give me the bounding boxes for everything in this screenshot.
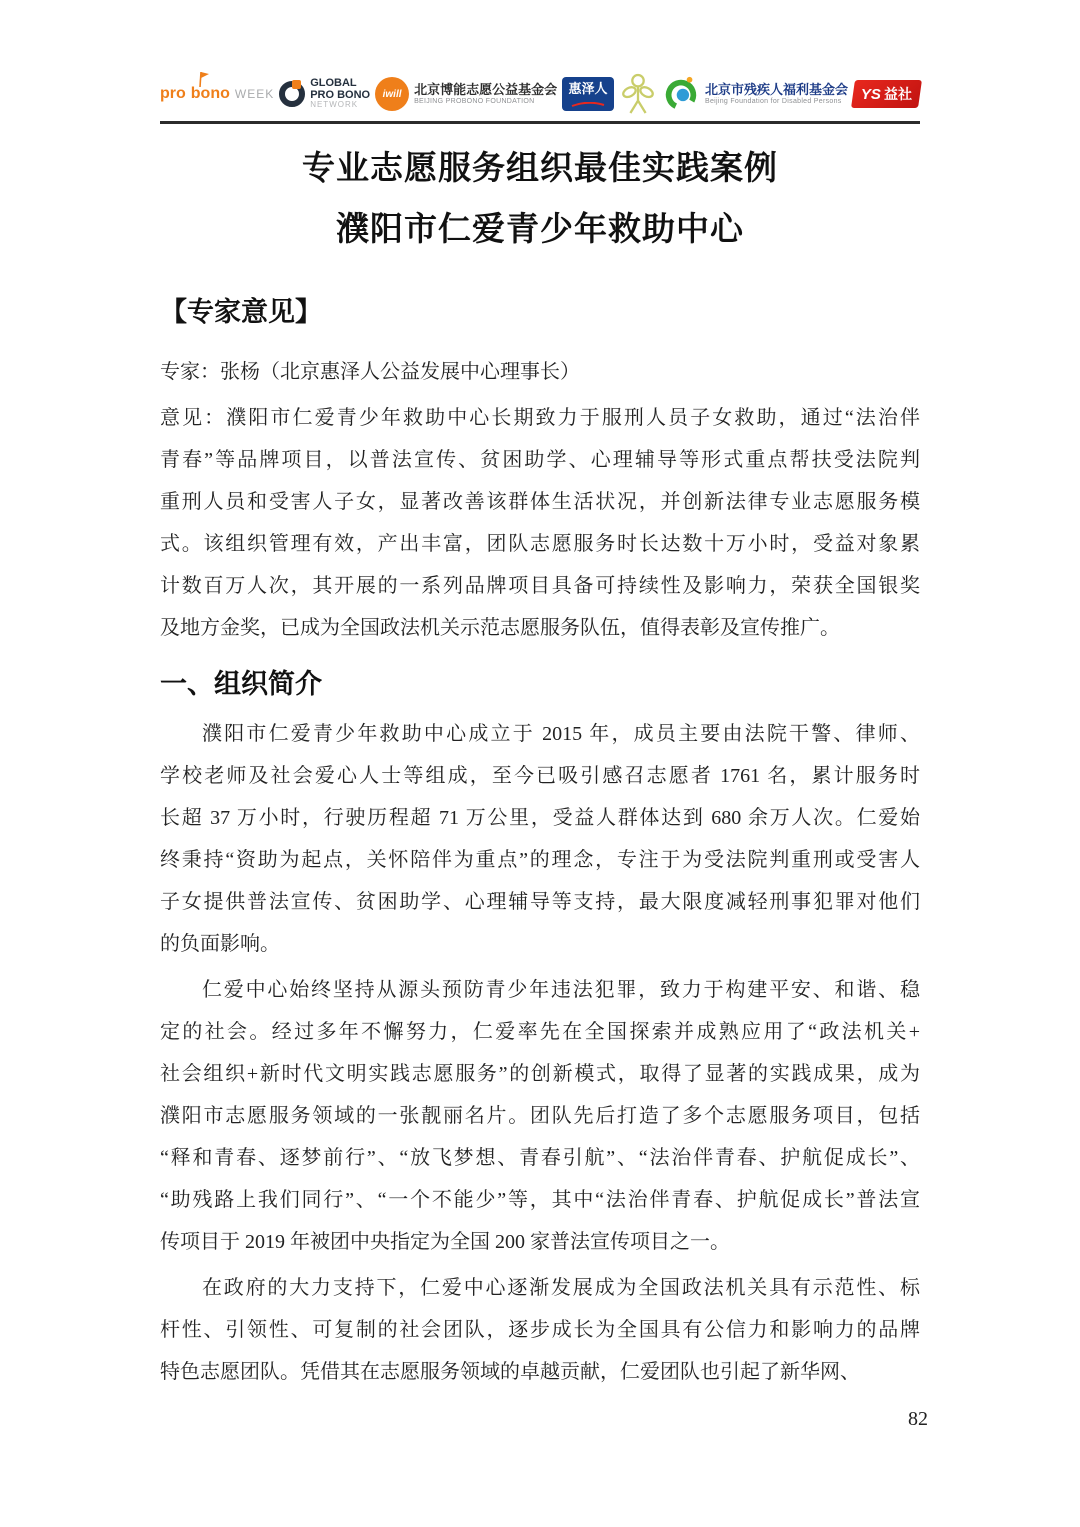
- logo-huizeren: 惠泽人: [562, 77, 614, 111]
- probono-week-pro: pro: [160, 85, 186, 103]
- intro-paragraph-3: 在政府的大力支持下，仁爱中心逐渐发展成为全国政法机关具有示范性、标杆性、引领性、…: [160, 1267, 920, 1393]
- text-line: 传项目于 2019 年被团中央指定为全国 200 家普法宣传项目之一。: [160, 1221, 920, 1263]
- expert-opinion-heading: 【专家意见】: [160, 293, 920, 331]
- disabled-foundation-en: Beijing Foundation for Disabled Persons: [705, 98, 848, 106]
- text-line: 的负面影响。: [160, 923, 920, 965]
- logo-yishe: YS 益社: [853, 80, 920, 108]
- text-line: 式。该组织管理有效，产出丰富，团队志愿服务时长达数十万小时，受益对象累: [160, 523, 920, 565]
- yishe-cn-text: 益社: [884, 84, 912, 104]
- text-line: 终秉持“资助为起点，关怀陪伴为重点”的理念，专注于为受法院判重刑或受害人: [160, 839, 920, 881]
- expert-opinion-paragraph: 意见：濮阳市仁爱青少年救助中心长期致力于服刑人员子女救助，通过“法治伴青春”等品…: [160, 397, 920, 649]
- doc-subtitle: 濮阳市仁爱青少年救助中心: [160, 207, 920, 251]
- logo-bar: probono WEEK GLOBAL PRO BONO NETWORK iwi…: [160, 70, 920, 118]
- document-page: probono WEEK GLOBAL PRO BONO NETWORK iwi…: [0, 0, 1080, 1527]
- text-line: 计数百万人次，其开展的一系列品牌项目具备可持续性及影响力，荣获全国银奖: [160, 565, 920, 607]
- text-line: “释和青春、逐梦前行”、“放飞梦想、青春引航”、“法治伴青春、护航促成长”、: [160, 1137, 920, 1179]
- text-line: 学校老师及社会爱心人士等组成，至今已吸引感召志愿者 1761 名，累计服务时: [160, 755, 920, 797]
- header-divider: [160, 121, 920, 124]
- page-number: 82: [908, 1408, 928, 1431]
- iwill-foundation-cn: 北京博能志愿公益基金会: [414, 82, 557, 98]
- text-line: 濮阳市仁爱青少年救助中心成立于 2015 年，成员主要由法院干警、律师、: [160, 713, 920, 755]
- text-line: 重刑人员和受害人子女，显著改善该群体生活状况，并创新法律专业志愿服务模: [160, 481, 920, 523]
- expert-name-line: 专家：张杨（北京惠泽人公益发展中心理事长）: [160, 351, 920, 393]
- flag-icon: [196, 71, 210, 92]
- text-line: 长超 37 万小时，行驶历程超 71 万公里，受益人群体达到 680 余万人次。…: [160, 797, 920, 839]
- iwill-foundation-en: BEIJING PROBONO FOUNDATION: [414, 98, 557, 106]
- text-line: 社会组织+新时代文明实践志愿服务”的创新模式，取得了显著的实践成果，成为: [160, 1053, 920, 1095]
- logo-global-pro-bono: GLOBAL PRO BONO NETWORK: [279, 78, 370, 109]
- global-probono-line3: NETWORK: [310, 101, 370, 109]
- intro-paragraph-2: 仁爱中心始终坚持从源头预防青少年违法犯罪，致力于构建平安、和谐、稳定的社会。经过…: [160, 969, 920, 1263]
- global-probono-ring-icon: [279, 81, 305, 107]
- text-line: 及地方金奖，已成为全国政法机关示范志愿服务队伍，值得表彰及宣传推广。: [160, 607, 920, 649]
- text-line: 仁爱中心始终坚持从源头预防青少年违法犯罪，致力于构建平安、和谐、稳: [160, 969, 920, 1011]
- huizeren-swoosh-icon: [571, 102, 605, 107]
- text-line: 意见：濮阳市仁爱青少年救助中心长期致力于服刑人员子女救助，通过“法治伴: [160, 397, 920, 439]
- intro-paragraph-1: 濮阳市仁爱青少年救助中心成立于 2015 年，成员主要由法院干警、律师、学校老师…: [160, 713, 920, 965]
- logo-iwill-foundation: iwill 北京博能志愿公益基金会 BEIJING PROBONO FOUNDA…: [375, 77, 557, 111]
- text-line: 青春”等品牌项目，以普法宣传、贫困助学、心理辅导等形式重点帮扶受法院判: [160, 439, 920, 481]
- disabled-foundation-cn: 北京市残疾人福利基金会: [705, 82, 848, 98]
- logo-disabled-persons-foundation: 北京市残疾人福利基金会 Beijing Foundation for Disab…: [662, 75, 848, 113]
- yishe-ys-text: YS: [861, 86, 881, 103]
- iwill-badge-icon: iwill: [375, 77, 409, 111]
- text-line: 杆性、引领性、可复制的社会团队，逐步成长为全国具有公信力和影响力的品牌: [160, 1309, 920, 1351]
- doc-title: 专业志愿服务组织最佳实践案例: [160, 146, 920, 190]
- text-line: 定的社会。经过多年不懈努力，仁爱率先在全国探索并成熟应用了“政法机关+: [160, 1011, 920, 1053]
- text-line: 在政府的大力支持下，仁爱中心逐渐发展成为全国政法机关具有示范性、标: [160, 1267, 920, 1309]
- text-line: 濮阳市志愿服务领域的一张靓丽名片。团队先后打造了多个志愿服务项目，包括: [160, 1095, 920, 1137]
- text-line: 特色志愿团队。凭借其在志愿服务领域的卓越贡献，仁爱团队也引起了新华网、: [160, 1351, 920, 1393]
- person-figure-icon: [619, 72, 657, 116]
- logo-probono-week: probono WEEK: [160, 85, 274, 103]
- probono-week-week: WEEK: [235, 87, 274, 101]
- foundation-swirl-icon: [662, 75, 700, 113]
- text-line: 子女提供普法宣传、贫困助学、心理辅导等支持，最大限度减轻刑事犯罪对他们: [160, 881, 920, 923]
- section-1-heading: 一、组织简介: [160, 665, 920, 703]
- text-line: “助残路上我们同行”、“一个不能少”等，其中“法治伴青春、护航促成长”普法宣: [160, 1179, 920, 1221]
- huizeren-text: 惠泽人: [569, 82, 608, 95]
